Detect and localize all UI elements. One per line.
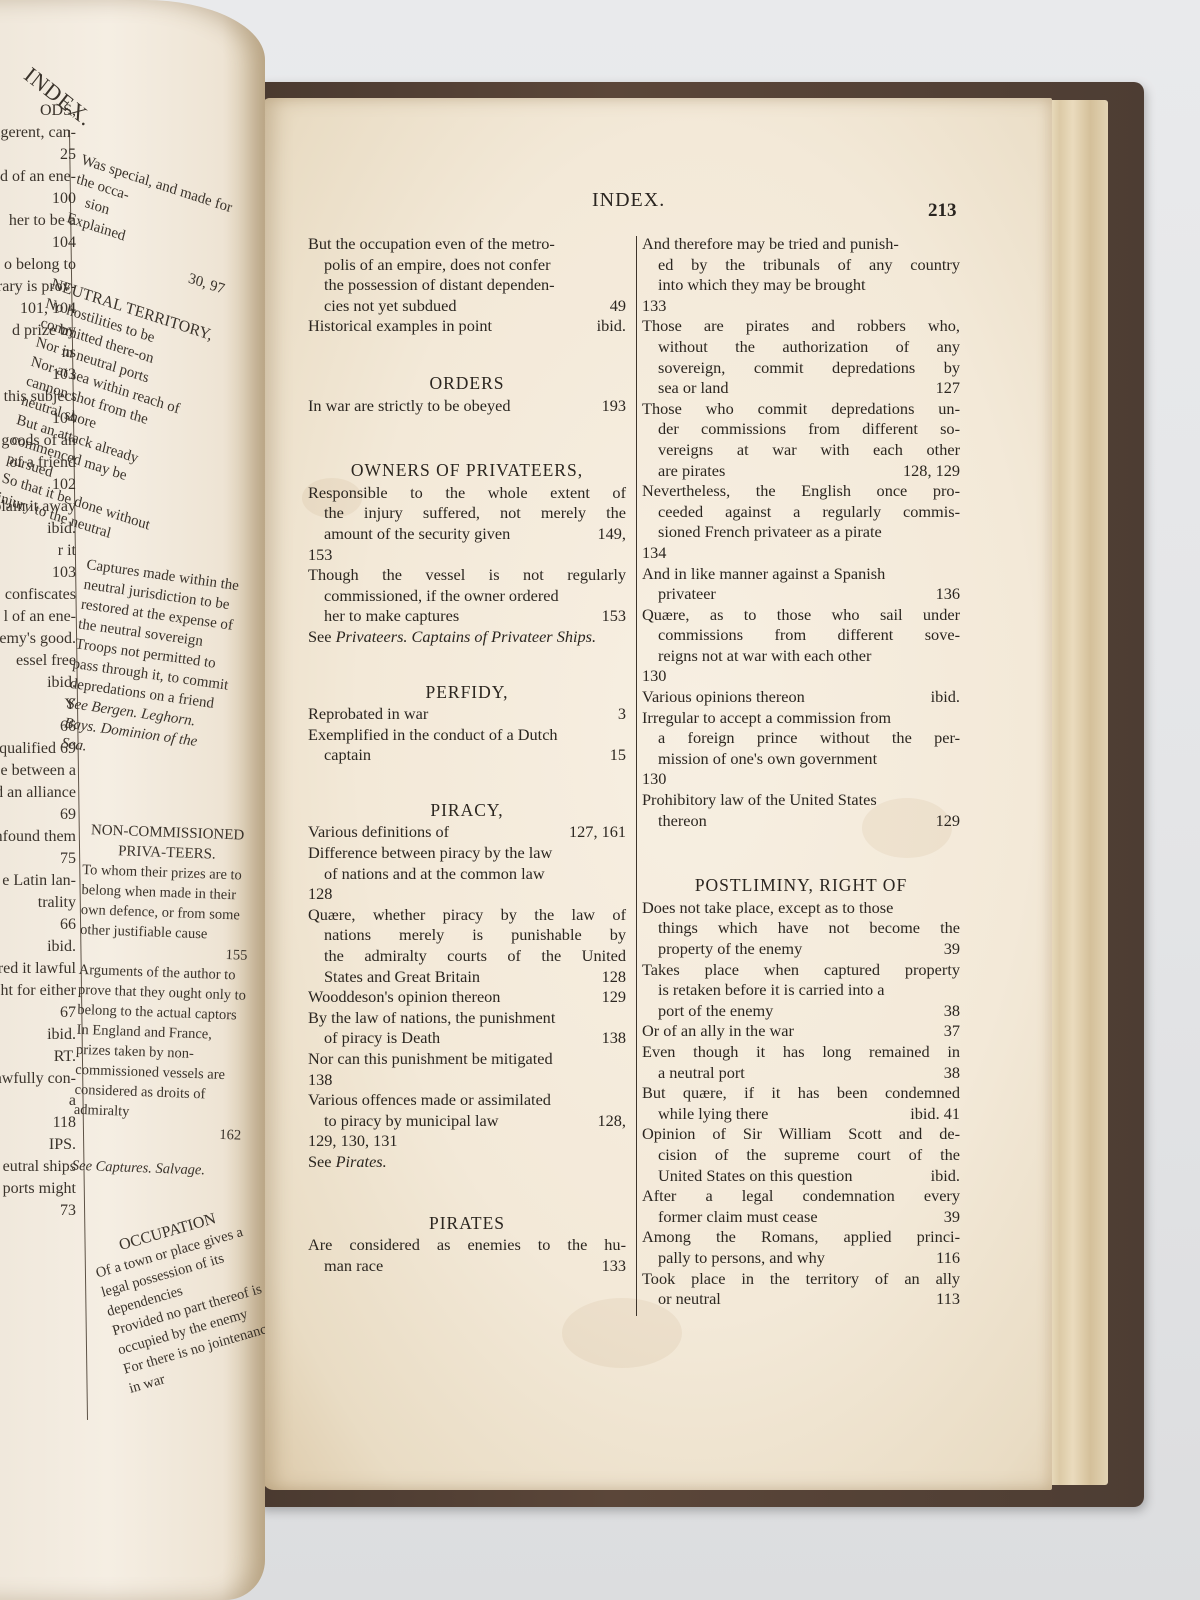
page-ref: 127 — [936, 378, 960, 399]
fragment-line: emy's good. — [0, 628, 76, 650]
see-also-reference: See Captures. Salvage. — [72, 1156, 241, 1182]
section-heading-orders: ORDERS — [308, 373, 626, 394]
index-entry: Various opinions thereonibid. — [642, 687, 960, 708]
page-ref: ibid. — [597, 316, 626, 337]
page-ref: 138 — [602, 1028, 626, 1049]
page-ref: 129, 130, 131 — [308, 1131, 626, 1152]
page-ref: 133 — [642, 296, 960, 317]
running-head: INDEX. — [592, 189, 665, 212]
fragment-line: 100 — [0, 188, 76, 210]
left-page: INDEX. ODS,lligerent, can-25d of an ene-… — [0, 0, 265, 1600]
fragment-line: l of an ene- — [0, 606, 76, 628]
page-ref: ibid. — [931, 1166, 960, 1187]
fragment-line: essel free — [0, 650, 76, 672]
page-ref: 38 — [944, 1063, 960, 1084]
index-entry: But the occupation even of the metro- po… — [308, 234, 626, 316]
index-entry: Wooddeson's opinion thereon129 — [308, 987, 626, 1008]
fragment-line: nfound them — [0, 826, 76, 848]
fragment-line: confiscates — [0, 584, 76, 606]
fragment-line: ibid. — [0, 936, 76, 958]
index-entry: Those who commit depredations un- der co… — [642, 399, 960, 481]
index-entry: Responsible to the whole extent of the i… — [308, 483, 626, 565]
see-also-reference: See Pirates. — [308, 1152, 626, 1173]
index-entry: Though the vessel is not regularly commi… — [308, 565, 626, 627]
index-entry: Irregular to accept a commission from a … — [642, 708, 960, 790]
fragment-line: 66 — [0, 914, 76, 936]
fragment-line: eutral ships — [0, 1156, 76, 1178]
index-entry: Does not take place, except as to those … — [642, 898, 960, 960]
page-ref: 49 — [610, 296, 626, 317]
page-ref: 37 — [944, 1021, 960, 1042]
index-entry: Opinion of Sir William Scott and de- cis… — [642, 1124, 960, 1186]
page-ref: 130 — [642, 666, 960, 687]
page-ref: ibid. — [931, 687, 960, 708]
index-entry: Historical examples in pointibid. — [308, 316, 626, 337]
column-divider — [636, 236, 637, 1316]
page-ref: 128 — [602, 967, 626, 988]
fragment-line: ibid. — [0, 672, 76, 694]
index-entry: Exemplified in the conduct of a Dutch ca… — [308, 725, 626, 766]
index-entry: Various offences made or assimilated to … — [308, 1090, 626, 1152]
index-entry: Various definitions of127, 161 — [308, 822, 626, 843]
index-entry: Or of an ally in the war37 — [642, 1021, 960, 1042]
page-ref: 133 — [602, 1256, 626, 1277]
page-ref: 136 — [936, 584, 960, 605]
fragment-line: ports might — [0, 1178, 76, 1200]
fragment-line: d an alliance — [0, 782, 76, 804]
see-also-reference: See Privateers. Captains of Privateer Sh… — [308, 627, 626, 648]
index-entry: Nevertheless, the English once pro- ceed… — [642, 481, 960, 563]
index-entry: To whom their prizes are to belong when … — [80, 860, 251, 946]
fragment-line: a — [0, 1090, 76, 1112]
index-entry: In England and France, prizes taken by n… — [74, 1020, 245, 1126]
fragment-line: e Latin lan- — [0, 870, 76, 892]
fragment-line: 103 — [0, 562, 76, 584]
index-entry: In war are strictly to be obeyed193 — [308, 396, 626, 417]
section-heading-postliminy: POSTLIMINY, RIGHT OF — [642, 875, 960, 896]
page-ref: 128 — [308, 884, 626, 905]
page-ref: 127, 161 — [569, 822, 626, 843]
fragment-line: Y — [0, 694, 76, 716]
fragment-line: ibid. — [0, 1024, 76, 1046]
index-column-left: But the occupation even of the metro- po… — [308, 234, 626, 1276]
page-ref: 116 — [936, 1248, 960, 1269]
left-page-column-b-lower: Captures made within the neutral jurisdi… — [60, 555, 246, 775]
page-ref: 134 — [642, 543, 960, 564]
fragment-line: 118 — [0, 1112, 76, 1134]
page-ref: 130 — [642, 769, 960, 790]
fragment-line: lligerent, can- — [0, 122, 76, 144]
index-entry: Reprobated in war3 — [308, 704, 626, 725]
fragment-line: ht for either — [0, 980, 76, 1002]
section-heading-owners-of-privateers: OWNERS OF PRIVATEERS, — [308, 460, 626, 481]
fragment-line: 75 — [0, 848, 76, 870]
section-heading-perfidy: PERFIDY, — [308, 682, 626, 703]
fragment-line: e between a — [0, 760, 76, 782]
index-entry: By the law of nations, the punishment of… — [308, 1008, 626, 1049]
index-entry: But quære, if it has been condemned whil… — [642, 1083, 960, 1124]
index-entry: And therefore may be tried and punish- e… — [642, 234, 960, 316]
fragment-line: d of an ene- — [0, 166, 76, 188]
index-entry: Difference between piracy by the law of … — [308, 843, 626, 905]
index-entry: Even though it has long remained in a ne… — [642, 1042, 960, 1083]
page-ref: 128, 129 — [903, 461, 960, 482]
index-column-right: And therefore may be tried and punish- e… — [642, 234, 960, 1310]
photo-scene: INDEX. 213 But the occupation even of th… — [0, 0, 1200, 1600]
fragment-line: trality — [0, 892, 76, 914]
index-entry: Among the Romans, applied princi- pally … — [642, 1227, 960, 1268]
index-entry: Quære, whether piracy by the law of nati… — [308, 905, 626, 987]
index-entry: Nor can this punishment be mitigated 138 — [308, 1049, 626, 1090]
fragment-line: lawfully con- — [0, 1068, 76, 1090]
fragment-line: RT. — [0, 1046, 76, 1068]
fragment-line: r it — [0, 540, 76, 562]
fragment-line: ered it lawful — [0, 958, 76, 980]
page-ref: 15 — [610, 745, 626, 766]
index-entry: And in like manner against a Spanish pri… — [642, 564, 960, 605]
page-ref: 3 — [618, 704, 626, 725]
page-ref: 113 — [936, 1289, 960, 1310]
fragment-line: 67 — [0, 1002, 76, 1024]
index-entry: After a legal condemnation every former … — [642, 1186, 960, 1227]
index-entry: Arguments of the author to prove that th… — [77, 960, 247, 1026]
page-ref: 153 — [308, 545, 626, 566]
page-ref: 38 — [944, 1001, 960, 1022]
page-ref: ibid. 41 — [910, 1104, 960, 1125]
index-entry: Takes place when captured property is re… — [642, 960, 960, 1022]
page-ref: 193 — [602, 396, 626, 417]
left-page-column-b-noncommissioned: NON-COMMISSIONED PRIVA-TEERS. To whom th… — [72, 820, 252, 1182]
fragment-line: 25 — [0, 144, 76, 166]
section-heading-pirates: PIRATES — [308, 1213, 626, 1234]
page-ref: 129 — [936, 811, 960, 832]
page-ref: 138 — [308, 1070, 626, 1091]
index-entry: Took place in the territory of an ally o… — [642, 1269, 960, 1310]
left-page-column-b-occupation: OCCUPATION Of a town or place gives a le… — [88, 1201, 265, 1399]
page-ref: 129 — [602, 987, 626, 1008]
page-ref: 153 — [602, 606, 626, 627]
index-entry: Those are pirates and robbers who, witho… — [642, 316, 960, 398]
index-entry: Prohibitory law of the United States the… — [642, 790, 960, 831]
page-ref: 39 — [944, 1207, 960, 1228]
section-heading-piracy: PIRACY, — [308, 800, 626, 821]
fragment-line: 73 — [0, 1200, 76, 1222]
section-heading-non-commissioned-privateers: NON-COMMISSIONED PRIVA-TEERS. — [83, 820, 252, 866]
fragment-line: IPS. — [0, 1134, 76, 1156]
page-number: 213 — [928, 200, 957, 222]
index-entry: Quære, as to those who sail under commis… — [642, 605, 960, 687]
fragment-line: 69 — [0, 804, 76, 826]
page-ref: 39 — [944, 939, 960, 960]
index-entry: Are considered as enemies to the hu- man… — [308, 1235, 626, 1276]
fragment-line: ODS, — [0, 100, 76, 122]
